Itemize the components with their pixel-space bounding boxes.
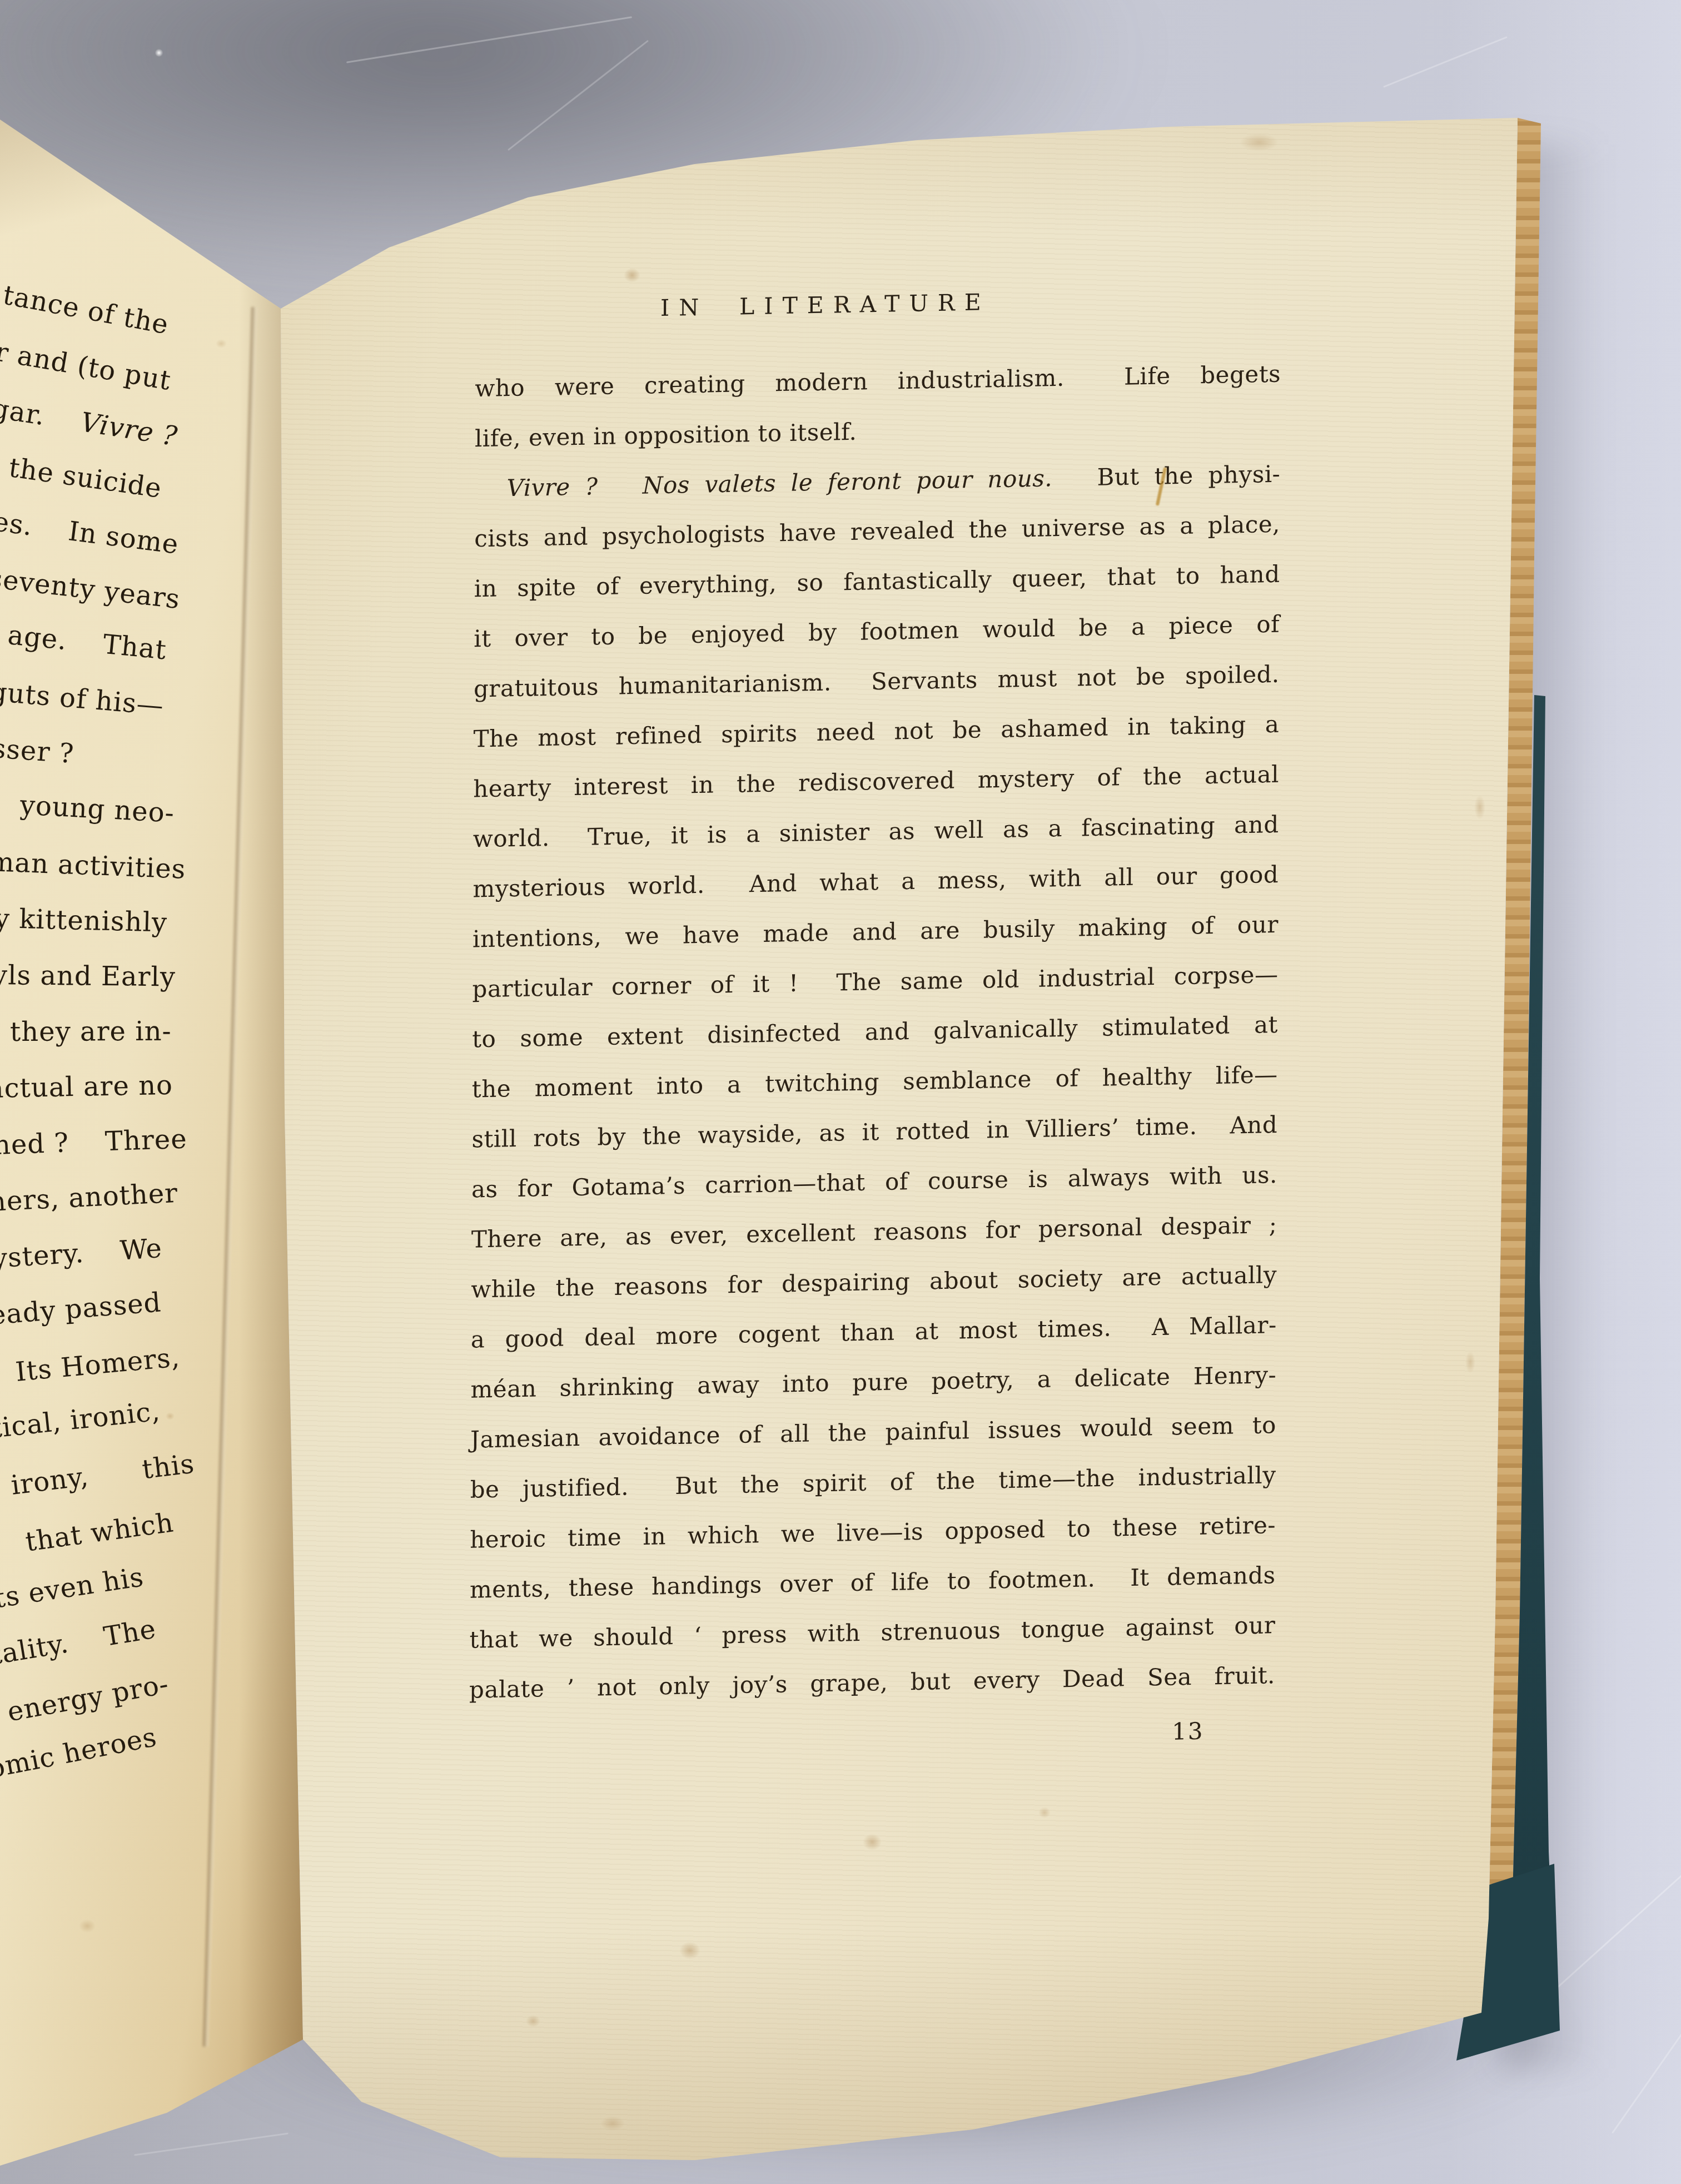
dust-speck [155, 49, 163, 57]
left-page-line: irony, this [8, 1442, 197, 1508]
left-page-line: hers, another [0, 1171, 179, 1224]
foxing-spot [216, 339, 227, 348]
foxing-spot [166, 1412, 175, 1420]
left-page: tance of ther and (to putgar. Vivre ?, t… [0, 0, 311, 2184]
left-page-line: sser ? [0, 726, 76, 776]
left-page-line: seventy years [0, 556, 182, 622]
left-page-line: young neo- [19, 783, 176, 836]
running-header: IN LITERATURE [475, 284, 1176, 326]
left-page-line: y kittenishly [0, 896, 168, 945]
foxing-spot [600, 2116, 625, 2131]
left-page-line: ned ? Three [0, 1116, 188, 1168]
left-page-line: ystery. We [0, 1226, 163, 1281]
left-page-line: age. That [6, 613, 168, 672]
foxing-spot [1465, 1351, 1475, 1373]
foxing-spot [526, 2015, 540, 2027]
foxing-spot [863, 1834, 882, 1850]
foxing-spot [79, 1919, 96, 1933]
foxing-spot [1038, 1807, 1051, 1818]
left-page-line: they are in- [10, 1009, 172, 1054]
foxing-spot [1474, 795, 1485, 820]
body-text: who were creating modern industrialism. … [469, 349, 1281, 1715]
left-page-line: that which [23, 1500, 177, 1564]
left-page-line: eady passed [0, 1280, 163, 1338]
left-page-line: man activities [0, 840, 187, 892]
foxing-spot [834, 300, 844, 309]
left-page-line: guts of his— [0, 669, 166, 728]
left-page-line: tical, ironic, [0, 1389, 162, 1451]
foxing-spot [1240, 133, 1279, 151]
left-page-line: actual are no [0, 1063, 173, 1111]
book-photo: tance of ther and (to putgar. Vivre ?, t… [0, 0, 1681, 2184]
foxing-spot [679, 1942, 700, 1959]
left-page-line: Its Homers, [13, 1335, 182, 1394]
left-page-line: yls and Early [0, 953, 176, 999]
foxing-spot [624, 268, 640, 282]
